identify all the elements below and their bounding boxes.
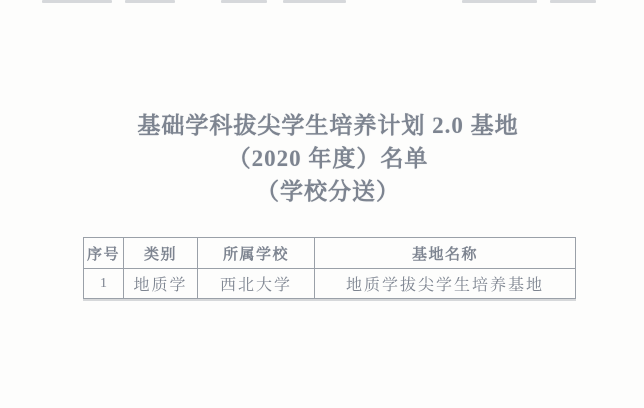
document-title-line-3: （学校分送） bbox=[12, 175, 644, 208]
scan-artifact-dash bbox=[283, 0, 346, 3]
header-cell-category: 类别 bbox=[124, 238, 198, 269]
header-cell-school: 所属学校 bbox=[198, 238, 315, 269]
table-header-row: 序号 类别 所属学校 基地名称 bbox=[84, 238, 576, 269]
scan-artifact-dash bbox=[125, 0, 175, 3]
cell-index: 1 bbox=[84, 269, 124, 299]
scan-artifact-dash bbox=[221, 0, 267, 3]
table-row: 1 地质学 西北大学 地质学拔尖学生培养基地 bbox=[84, 269, 576, 299]
document-title-line-1: 基础学科拔尖学生培养计划 2.0 基地 bbox=[12, 109, 644, 142]
cell-school: 西北大学 bbox=[198, 269, 315, 299]
document-title-line-2: （2020 年度）名单 bbox=[12, 142, 644, 175]
header-cell-index: 序号 bbox=[84, 238, 124, 269]
document-title: 基础学科拔尖学生培养计划 2.0 基地 （2020 年度）名单 （学校分送） bbox=[12, 109, 644, 208]
cell-category: 地质学 bbox=[124, 269, 198, 299]
base-roster-table: 序号 类别 所属学校 基地名称 1 地质学 西北大学 地质学拔尖学生培养基地 bbox=[83, 237, 576, 299]
header-cell-base-name: 基地名称 bbox=[315, 238, 576, 269]
scan-artifact-dash bbox=[42, 0, 112, 3]
scanned-document-page: 基础学科拔尖学生培养计划 2.0 基地 （2020 年度）名单 （学校分送） 序… bbox=[0, 0, 644, 408]
scan-artifact-dash bbox=[550, 0, 596, 3]
scan-artifact-dash bbox=[462, 0, 537, 3]
cell-base-name: 地质学拔尖学生培养基地 bbox=[315, 269, 576, 299]
